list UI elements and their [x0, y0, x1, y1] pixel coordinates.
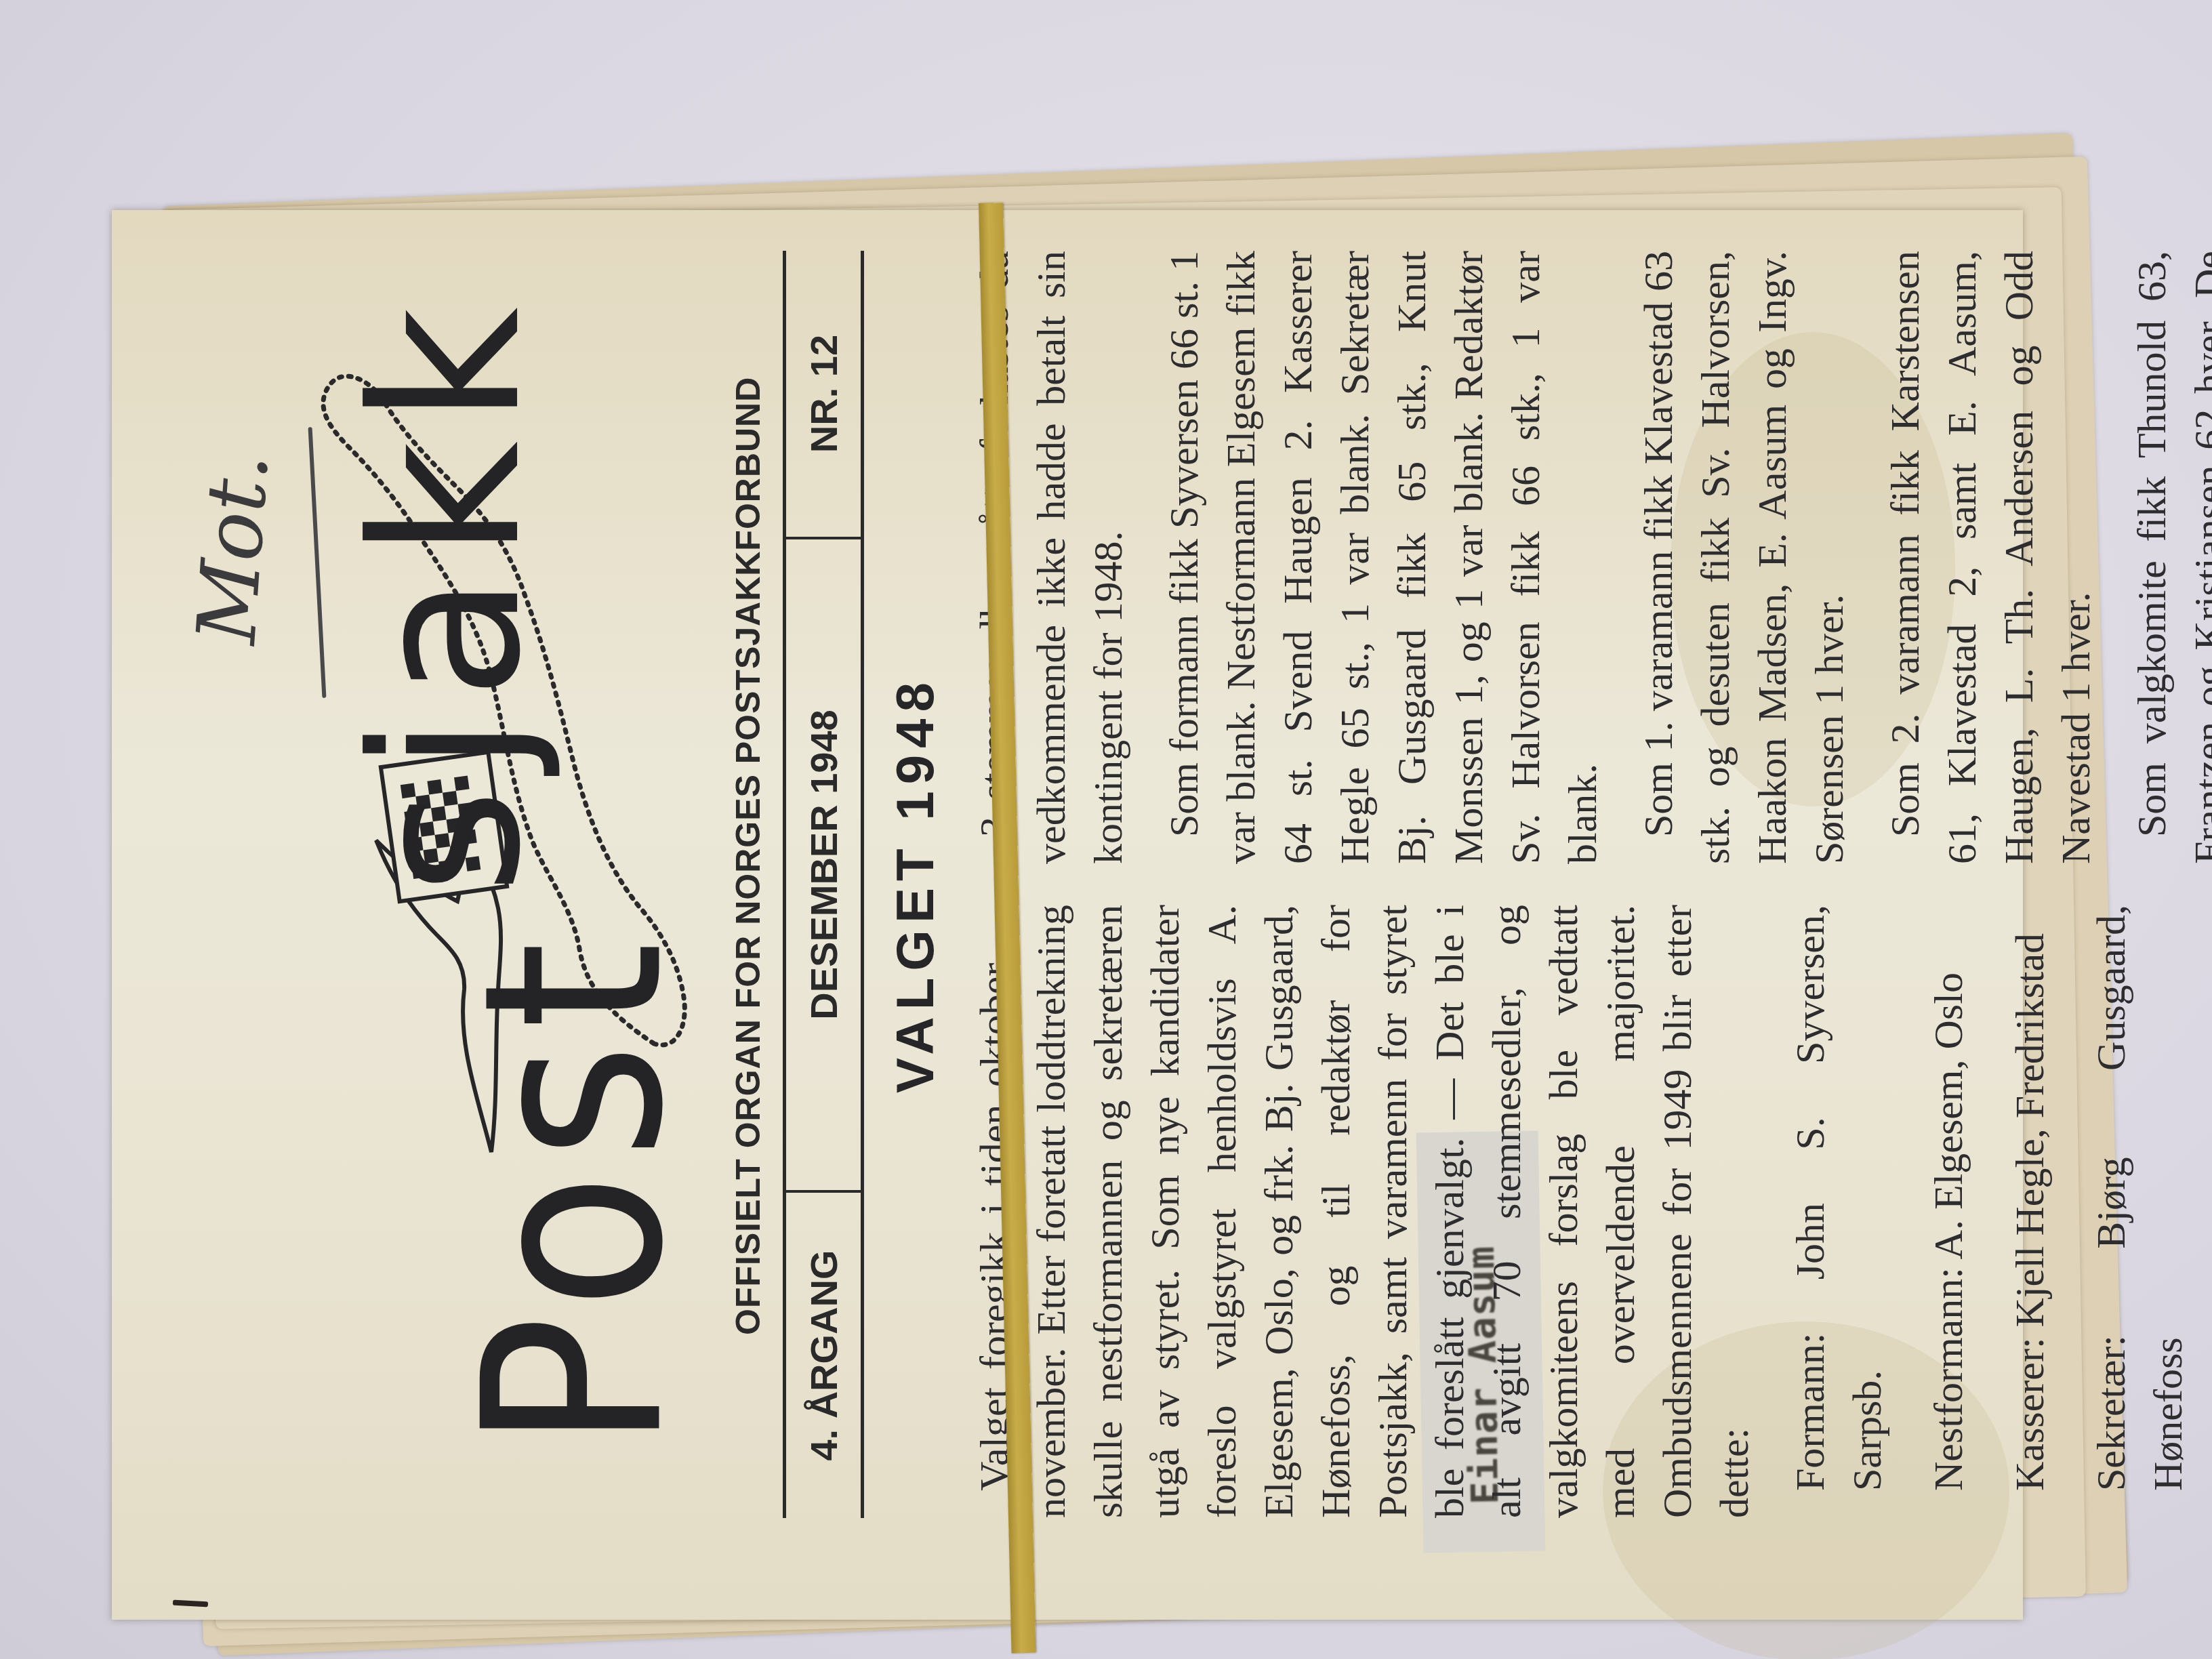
issue-number: NR. 12: [786, 251, 861, 537]
article-columns: Valget foregikk i tiden oktober — novemb…: [966, 251, 2212, 1518]
officer-role: Nestformann:: [1926, 1259, 1971, 1491]
officer-role: Sekretær:: [2089, 1249, 2133, 1491]
masthead: Post sjakk: [288, 366, 722, 1450]
officer-entry: Nestformann: A. Elgesem, Oslo: [1920, 905, 1977, 1518]
article-paragraph: Som formann fikk Syversen 66 st. 1 var b…: [1155, 251, 1611, 864]
article-left-column: Valget foregikk i tiden oktober — novemb…: [966, 905, 2212, 1518]
article-paragraph: Som 1. varamann fikk Klavestad 63 stk. o…: [1630, 251, 1858, 864]
officer-entry: Formann: John S. Syversen, Sarpsb.: [1782, 905, 1896, 1518]
issue-info-bar: 4. ÅRGANG DESEMBER 1948 NR. 12: [783, 251, 864, 1518]
masthead-subtitle: OFFISIELT ORGAN FOR NORGES POSTSJAKKFORB…: [729, 377, 768, 1335]
article-right-column: 3 stemmesedler måtte forkastes da vedkom…: [966, 251, 2212, 864]
officer-name: A. Elgesem, Oslo: [1926, 972, 1971, 1259]
masthead-title-sjakk: sjakk: [329, 291, 565, 895]
masthead-title-post: Post: [431, 928, 717, 1450]
officer-list: Formann: John S. Syversen, Sarpsb.Nestfo…: [1782, 905, 2212, 1518]
officer-name: Kjell Hegle, Fredrikstad: [2007, 933, 2052, 1328]
handwritten-note: Mot.: [180, 450, 287, 647]
officer-entry: Sekretær: Bjørg Gusgaard, Hønefoss: [2083, 905, 2196, 1518]
article-paragraph: Valget foregikk i tiden oktober — novemb…: [966, 905, 1763, 1518]
article-title: VALGET 1948: [884, 251, 946, 1518]
officer-role: Kasserer:: [2007, 1327, 2052, 1491]
officer-role: Formann:: [1788, 1279, 1832, 1491]
article-paragraph: Som 2. varamann fikk Karstensen 61, Klav…: [1877, 251, 2104, 864]
article-paragraph: Som valgkomite fikk Thunold 63, Frantzen…: [2123, 251, 2212, 864]
issue-date: DESEMBER 1948: [786, 537, 861, 1190]
newsletter-page-container: Mot. Einar Aasum Post: [112, 210, 2023, 1620]
officer-entry: Kasserer: Kjell Hegle, Fredrikstad: [2001, 905, 2058, 1518]
newsletter-page: Mot. Einar Aasum Post: [112, 210, 2023, 1620]
volume-label: 4. ÅRGANG: [786, 1190, 861, 1518]
